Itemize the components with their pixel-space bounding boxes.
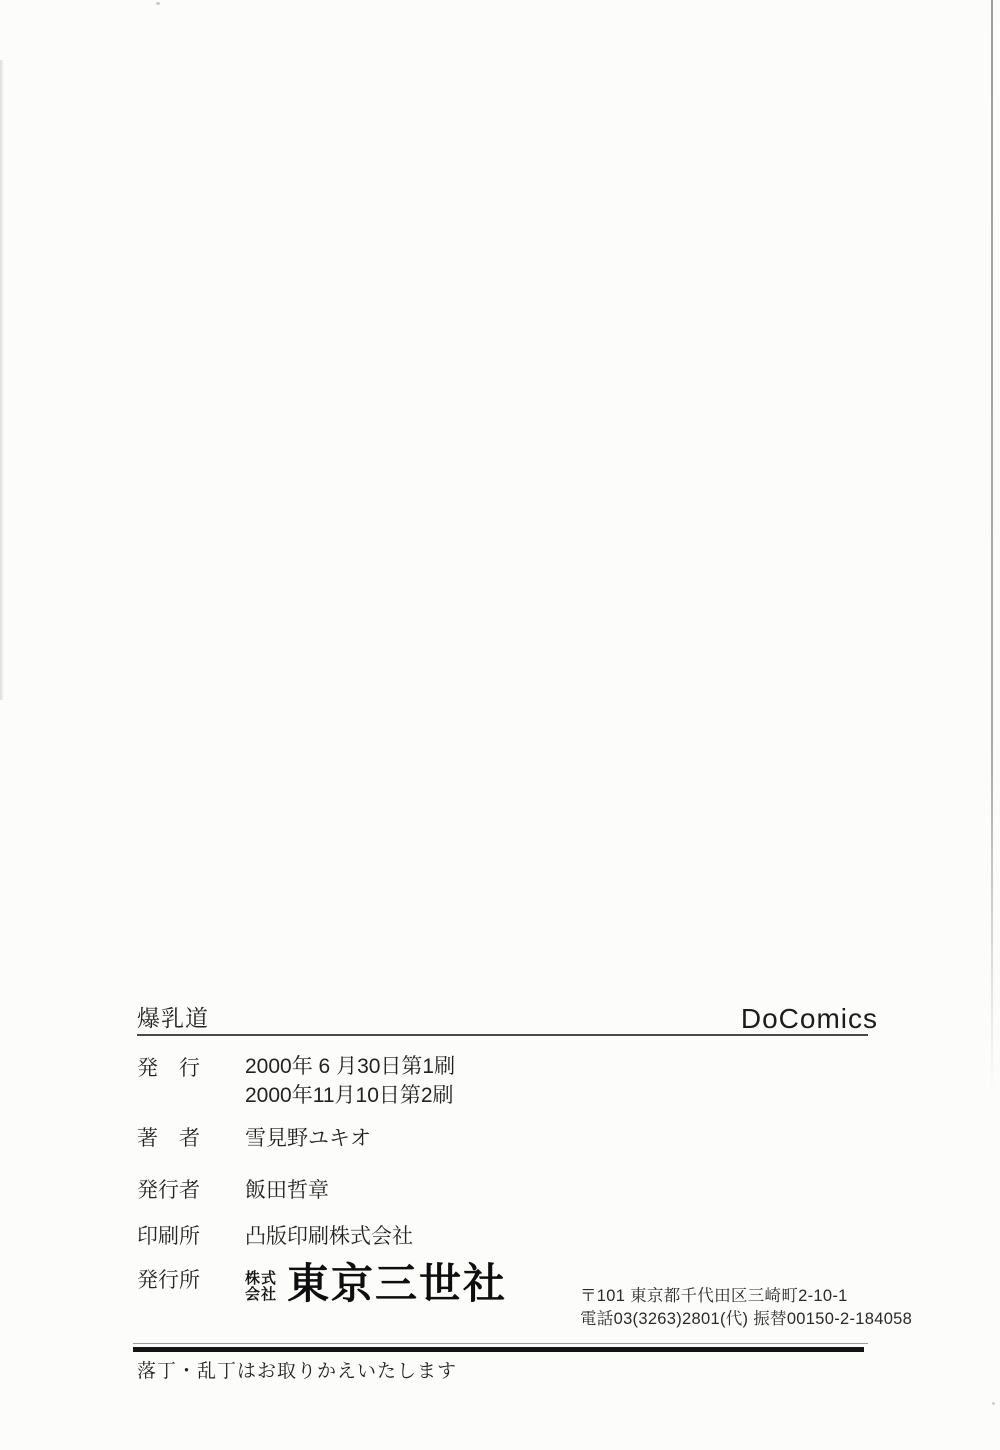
author-label: 著 者 xyxy=(137,1122,245,1152)
printer-row: 印刷所凸版印刷株式会社 xyxy=(137,1220,413,1250)
scan-speck xyxy=(156,2,160,5)
colophon-page: 爆乳道 DoComics 発 行2000年 6 月30日第1刷2000年11月1… xyxy=(0,0,1000,1450)
imprint-logo: DoComics xyxy=(741,1003,878,1035)
title-divider xyxy=(137,1034,868,1036)
scan-speck xyxy=(992,1402,995,1405)
publication-dates: 2000年 6 月30日第1刷2000年11月10日第2刷 xyxy=(245,1052,455,1110)
publisher-postal-address: 〒101 東京都千代田区三崎町2-10-1 xyxy=(580,1285,912,1308)
corporation-type-bottom: 会社 xyxy=(245,1286,277,1303)
publishing-house-name: 東京三世社 xyxy=(287,1262,507,1306)
publishing-house-row: 発行所株式会社東京三世社 xyxy=(137,1264,507,1306)
printer-name: 凸版印刷株式会社 xyxy=(245,1220,413,1250)
author-row: 著 者雪見野ユキオ xyxy=(137,1122,371,1152)
publication-row: 発 行2000年 6 月30日第1刷2000年11月10日第2刷 xyxy=(137,1052,455,1110)
series-title: 爆乳道 xyxy=(137,1000,209,1033)
footer-divider-thick xyxy=(133,1347,864,1352)
corporation-type-top: 株式 xyxy=(245,1270,277,1287)
corporation-type-stack: 株式会社 xyxy=(245,1264,277,1303)
printer-label: 印刷所 xyxy=(137,1220,245,1250)
publisher-phone-transfer: 電話03(3263)2801(代) 振替00150-2-184058 xyxy=(580,1308,912,1331)
publisher-address-block: 〒101 東京都千代田区三崎町2-10-1 電話03(3263)2801(代) … xyxy=(580,1285,912,1331)
publication-date-second-printing: 2000年11月10日第2刷 xyxy=(245,1084,454,1107)
defective-copy-note: 落丁・乱丁はお取りかえいたします xyxy=(137,1356,457,1383)
publishing-house-label: 発行所 xyxy=(137,1264,245,1294)
publisher-person-row: 発行者飯田哲章 xyxy=(137,1174,329,1204)
scan-edge-shadow xyxy=(0,60,4,700)
author-name: 雪見野ユキオ xyxy=(245,1122,371,1152)
publication-label: 発 行 xyxy=(137,1052,245,1082)
publisher-person-name: 飯田哲章 xyxy=(245,1174,329,1204)
scan-edge-line xyxy=(991,0,993,1092)
publication-date-first-printing: 2000年 6 月30日第1刷 xyxy=(245,1055,455,1078)
publisher-person-label: 発行者 xyxy=(137,1174,245,1204)
footer-divider-thin xyxy=(133,1343,868,1344)
